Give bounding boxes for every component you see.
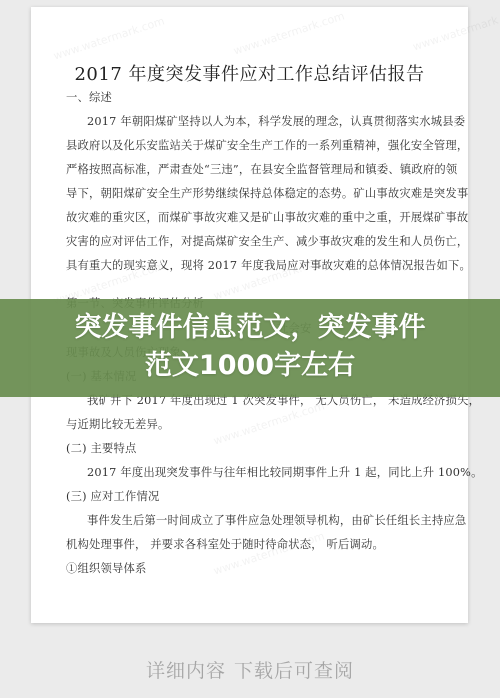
document-line: 机构处理事件， 并要求各科室处于随时待命状态， 听后调动。 — [66, 536, 384, 552]
watermark: www.watermark.com — [52, 14, 166, 62]
watermark: www.watermark — [411, 14, 500, 54]
document-line: 事件发生后第一时间成立了事件应急处理领导机构，由矿长任组长主持应急 — [87, 512, 466, 528]
document-line: 2017 年度出现突发事件与往年相比较同期事件上升 1 起，同比上升 100%。 — [87, 464, 483, 480]
document-line: 严格按照高标准，严肃查处“三违”，在县安全监督管理局和镇委、镇政府的领 — [66, 161, 457, 177]
banner-title-line2: 范文1000字左右 — [0, 347, 500, 385]
document-line: 灾害的应对评估工作，对提高煤矿安全生产、减少事故灾难的发生和人员伤亡， — [66, 233, 468, 249]
document-line: 县政府以及化乐安监站关于煤矿安全生产工作的一系列重精神，强化安全管理， — [66, 137, 468, 153]
document-line: ①组织领导体系 — [66, 560, 146, 576]
download-hint-part1: 详细内容 — [146, 660, 226, 682]
document-line: 与近期比较无差异。 — [66, 416, 169, 432]
document-line: 故灾难的重灾区，而煤矿事故灾难又是矿山事故灾难的重中之重，开展煤矿事故 — [66, 209, 468, 225]
watermark: www.watermark.com — [232, 9, 346, 57]
banner-title-line1: 突发事件信息范文，突发事件 — [0, 309, 500, 347]
document-line: 一、综述 — [66, 89, 112, 105]
document-line: 导下，朝阳煤矿安全生产形势继续保持总体稳定的态势。矿山事故灾难是突发事 — [66, 185, 468, 201]
title-banner: 突发事件信息范文，突发事件 范文1000字左右 — [0, 299, 500, 397]
download-hint[interactable]: 详细内容下载后可查阅 — [0, 656, 500, 683]
download-hint-part2: 下载后可查阅 — [234, 660, 354, 682]
banner-title: 突发事件信息范文，突发事件 范文1000字左右 — [0, 309, 500, 385]
document-line: 具有重大的现实意义，现将 2017 年度我局应对事故灾难的总体情况报告如下。 — [66, 257, 471, 273]
document-line: 2017 年朝阳煤矿坚持以人为本，科学发展的理念，认真贯彻落实水城县委 — [87, 113, 465, 129]
document-title: 2017 年度突发事件应对工作总结评估报告 — [31, 60, 468, 86]
document-line: (二) 主要特点 — [66, 440, 137, 456]
document-line: (三) 应对工作情况 — [66, 488, 160, 504]
